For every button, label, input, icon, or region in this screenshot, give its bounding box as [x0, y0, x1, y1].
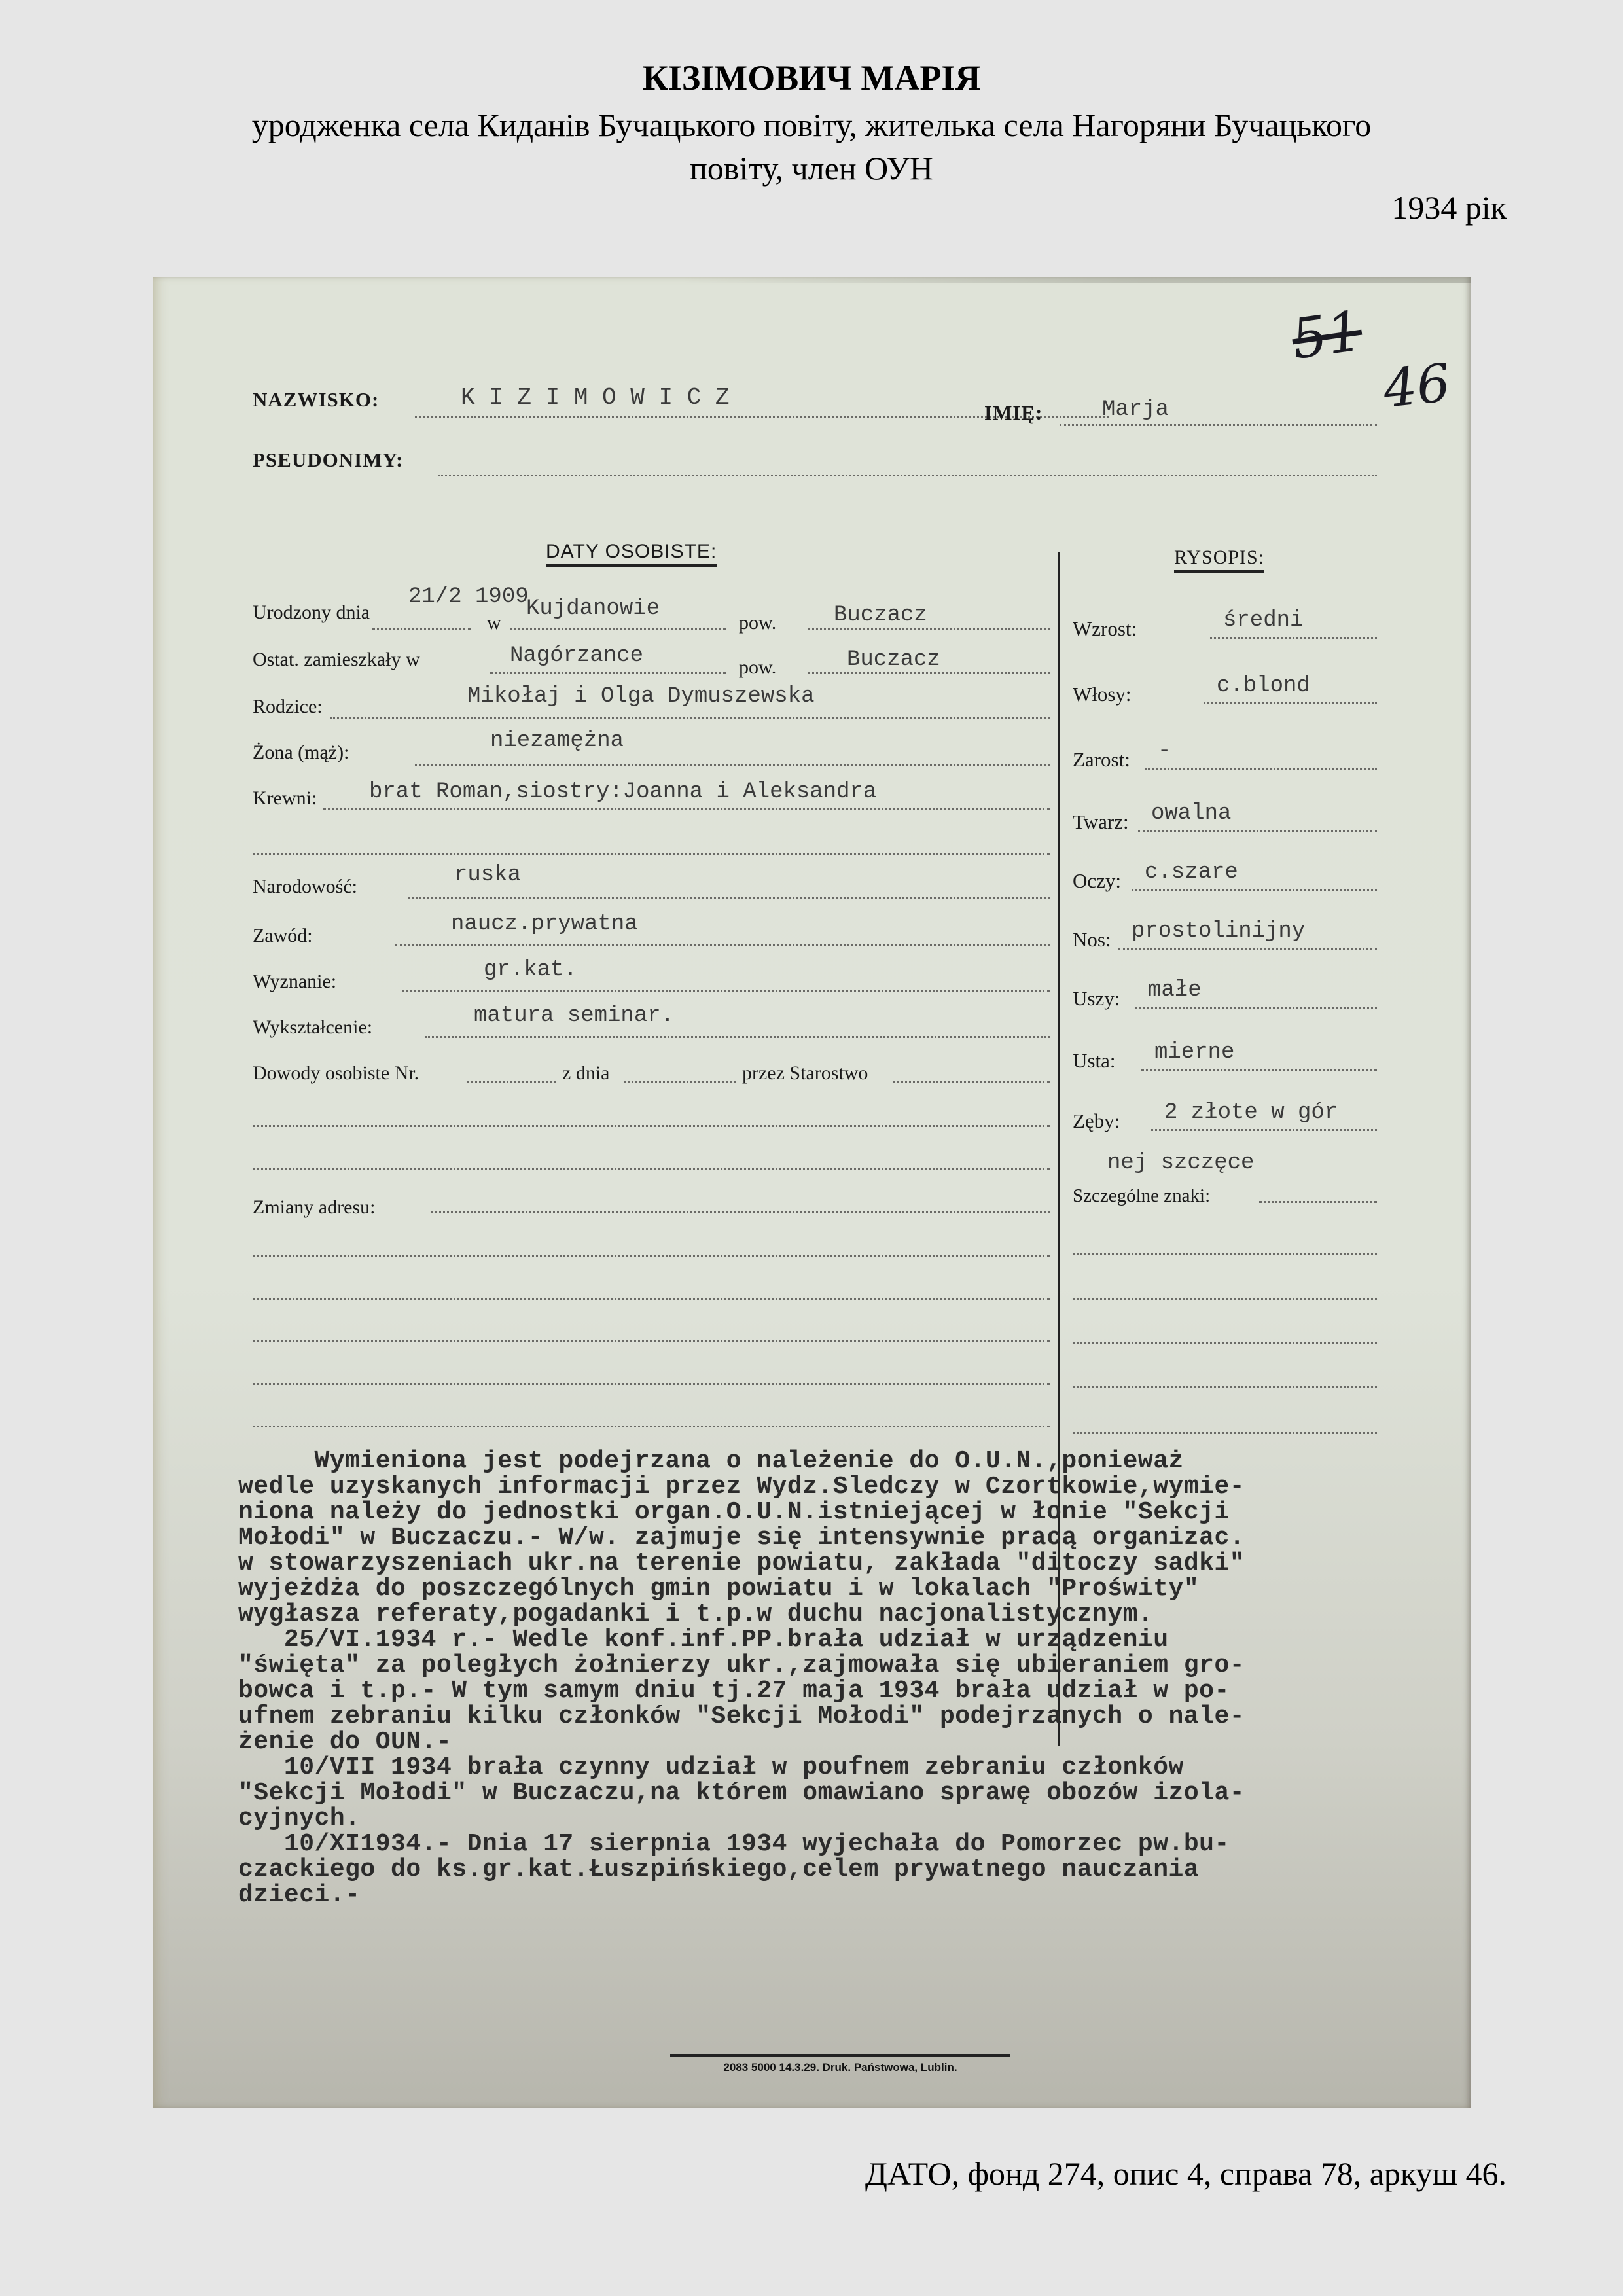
- zona-line: [415, 764, 1050, 766]
- handwritten-sheet-number-crossed: 51: [1288, 298, 1366, 372]
- pow-value: Buczacz: [834, 603, 927, 628]
- rysopis-value: 2 złote w gór: [1164, 1100, 1338, 1125]
- ostat-pow-label: pow.: [739, 656, 776, 679]
- handwritten-sheet-number: 46: [1380, 352, 1453, 420]
- wyznanie-line: [402, 990, 1050, 992]
- rysopis-line: [1204, 702, 1377, 704]
- urodzony-label: Urodzony dnia: [253, 601, 370, 624]
- rysopis-line: [1210, 637, 1377, 639]
- subtitle-line-1: уродженка села Киданів Бучацького повіту…: [131, 103, 1492, 147]
- zmiany-adresu-label: Zmiany adresu:: [253, 1196, 375, 1219]
- przez-starostwo-label: przez Starostwo: [742, 1062, 868, 1085]
- ostat-line: [490, 672, 726, 674]
- rysopis-value: prostolinijny: [1132, 919, 1305, 944]
- pseudonimy-label: PSEUDONIMY:: [253, 448, 403, 472]
- narrative-line: Wymieniona jest podejrzana o należenie d…: [238, 1448, 1403, 1474]
- blank-line: [253, 1426, 1050, 1427]
- imie-value: Marja: [1102, 397, 1169, 422]
- wyksztalcenie-label: Wykształcenie:: [253, 1016, 372, 1039]
- wyznanie-label: Wyznanie:: [253, 971, 336, 993]
- narrative-line: żenie do OUN.-: [238, 1729, 1403, 1755]
- narrative-line: czackiego do ks.gr.kat.Łuszpińskiego,cel…: [238, 1857, 1403, 1882]
- dowody-line: [467, 1081, 556, 1083]
- krewni-line: [323, 808, 1050, 810]
- narrative-line: cyjnych.: [238, 1806, 1403, 1831]
- paper-edge-shadow: [153, 277, 1471, 283]
- narodowosc-label: Narodowość:: [253, 876, 357, 898]
- subtitle-line-2: повіту, член ОУН: [131, 147, 1492, 190]
- zawod-line: [395, 944, 1050, 946]
- szczegolne-line: [1259, 1201, 1377, 1203]
- pow-line: [808, 628, 1050, 630]
- rysopis-line: [1141, 1069, 1377, 1071]
- narrative-line: 10/XI1934.- Dnia 17 sierpnia 1934 wyjech…: [238, 1831, 1403, 1857]
- z-dnia-label: z dnia: [562, 1062, 609, 1085]
- blank-line: [1073, 1432, 1377, 1434]
- rodzice-label: Rodzice:: [253, 696, 323, 718]
- scanned-record-card: 51 46 NAZWISKO: K I Z I M O W I C Z IMIĘ…: [153, 277, 1471, 2108]
- rysopis-line: [1138, 830, 1377, 832]
- printer-mark: 2083 5000 14.3.29. Druk. Państwowa, Lubl…: [670, 2054, 1010, 2074]
- rysopis-value: małe: [1148, 978, 1202, 1003]
- blank-line: [1073, 1342, 1377, 1344]
- rysopis-heading: RYSOPIS:: [1174, 547, 1264, 573]
- ostat-label: Ostat. zamieszkały w: [253, 649, 420, 671]
- document-subtitle: уродженка села Киданів Бучацького повіту…: [131, 103, 1492, 190]
- rysopis-label: Twarz:: [1073, 810, 1129, 834]
- imie-line: [1060, 424, 1377, 426]
- w-label: w: [487, 612, 501, 634]
- narodowosc-value: ruska: [454, 863, 521, 888]
- document-title: КІЗІМОВИЧ МАРІЯ: [0, 58, 1623, 98]
- urodzony-value: 21/2 1909: [408, 584, 529, 609]
- typewritten-narrative: Wymieniona jest podejrzana o należenie d…: [238, 1448, 1403, 1908]
- pseudonimy-line: [438, 475, 1377, 476]
- rysopis-line: [1151, 1129, 1377, 1131]
- blank-line: [1073, 1298, 1377, 1300]
- narrative-line: 10/VII 1934 brała czynny udział w poufne…: [238, 1755, 1403, 1780]
- zmiany-line: [431, 1211, 1050, 1213]
- zawod-value: naucz.prywatna: [451, 912, 638, 937]
- rysopis-value: średni: [1223, 608, 1303, 633]
- rysopis-label: Usta:: [1073, 1049, 1115, 1073]
- krewni-line-2: [253, 853, 1050, 855]
- blank-line: [253, 1255, 1050, 1257]
- nazwisko-label: NAZWISKO:: [253, 388, 379, 412]
- narrative-line: ufnem zebraniu kilku członków "Sekcji Mo…: [238, 1704, 1403, 1729]
- rysopis-value: -: [1158, 739, 1171, 764]
- rodzice-value: Mikołaj i Olga Dymuszewska: [467, 684, 815, 709]
- w-line: [510, 628, 726, 630]
- blank-line: [253, 1383, 1050, 1385]
- ostat-value: Nagórzance: [510, 643, 643, 668]
- imie-label: IMIĘ:: [984, 401, 1043, 425]
- rysopis-line: [1132, 889, 1377, 891]
- wyznanie-value: gr.kat.: [484, 958, 577, 982]
- narrative-line: 25/VI.1934 r.- Wedle konf.inf.PP.brała u…: [238, 1627, 1403, 1653]
- z-dnia-line: [624, 1081, 736, 1083]
- document-year: 1934 рік: [1391, 188, 1507, 226]
- rysopis-value: c.szare: [1145, 860, 1238, 885]
- rysopis-value: c.blond: [1217, 673, 1310, 698]
- krewni-label: Krewni:: [253, 787, 317, 810]
- blank-line: [253, 1298, 1050, 1300]
- narrative-line: Mołodi" w Buczaczu.- W/w. zajmuje się in…: [238, 1525, 1403, 1551]
- przez-line: [893, 1081, 1050, 1083]
- rysopis-label: Zarost:: [1073, 748, 1130, 772]
- ostat-pow-line: [808, 672, 1050, 674]
- narrative-line: "święta" za poległych żołnierzy ukr.,zaj…: [238, 1653, 1403, 1678]
- archive-source-reference: ДАТО, фонд 274, опис 4, справа 78, аркуш…: [865, 2155, 1507, 2193]
- wyksztalcenie-line: [425, 1036, 1050, 1038]
- narrative-line: wedle uzyskanych informacji przez Wydz.S…: [238, 1474, 1403, 1499]
- narrative-line: "Sekcji Mołodi" w Buczaczu,na którem oma…: [238, 1780, 1403, 1806]
- pow-label: pow.: [739, 612, 776, 634]
- blank-line: [253, 1340, 1050, 1342]
- rysopis-label: Włosy:: [1073, 683, 1132, 706]
- blank-line: [253, 1125, 1050, 1127]
- birthplace-value: Kujdanowie: [526, 596, 660, 621]
- zona-label: Żona (mąż):: [253, 742, 349, 764]
- narrative-line: niona należy do jednostki organ.O.U.N.is…: [238, 1499, 1403, 1525]
- rysopis-line: [1118, 948, 1377, 950]
- zawod-label: Zawód:: [253, 925, 313, 947]
- narrative-line: dzieci.-: [238, 1882, 1403, 1908]
- narrative-line: w stowarzyszeniach ukr.na terenie powiat…: [238, 1551, 1403, 1576]
- narodowosc-line: [408, 897, 1050, 899]
- zeby-value-continued: nej szczęce: [1107, 1151, 1254, 1175]
- rodzice-line: [330, 717, 1050, 719]
- narrative-line: bowca i t.p.- W tym samym dniu tj.27 maj…: [238, 1678, 1403, 1704]
- rysopis-label: Uszy:: [1073, 987, 1120, 1011]
- personal-data-heading: DATY OSOBISTE:: [546, 541, 717, 567]
- urodzony-line: [372, 628, 471, 630]
- blank-line: [1073, 1253, 1377, 1255]
- narrative-line: wygłasza referaty,pogadanki i t.p.w duch…: [238, 1602, 1403, 1627]
- rysopis-value: mierne: [1154, 1040, 1234, 1065]
- krewni-value: brat Roman,siostry:Joanna i Aleksandra: [369, 780, 876, 804]
- rysopis-label: Zęby:: [1073, 1109, 1120, 1133]
- blank-line: [1073, 1386, 1377, 1388]
- blank-line: [253, 1168, 1050, 1170]
- zona-value: niezamężna: [490, 728, 624, 753]
- dowody-label: Dowody osobiste Nr.: [253, 1062, 419, 1085]
- rysopis-line: [1135, 1007, 1377, 1009]
- rysopis-line: [1145, 768, 1377, 770]
- narrative-line: wyjeżdża do poszczególnych gmin powiatu …: [238, 1576, 1403, 1602]
- rysopis-label: Oczy:: [1073, 869, 1121, 893]
- rysopis-label: Nos:: [1073, 928, 1111, 952]
- rysopis-value: owalna: [1151, 801, 1231, 826]
- rysopis-label: Wzrost:: [1073, 617, 1137, 641]
- ostat-pow-value: Buczacz: [847, 647, 940, 672]
- szczegolne-znaki-label: Szczególne znaki:: [1073, 1185, 1210, 1207]
- wyksztalcenie-value: matura seminar.: [474, 1003, 674, 1028]
- nazwisko-value: K I Z I M O W I C Z: [461, 384, 729, 411]
